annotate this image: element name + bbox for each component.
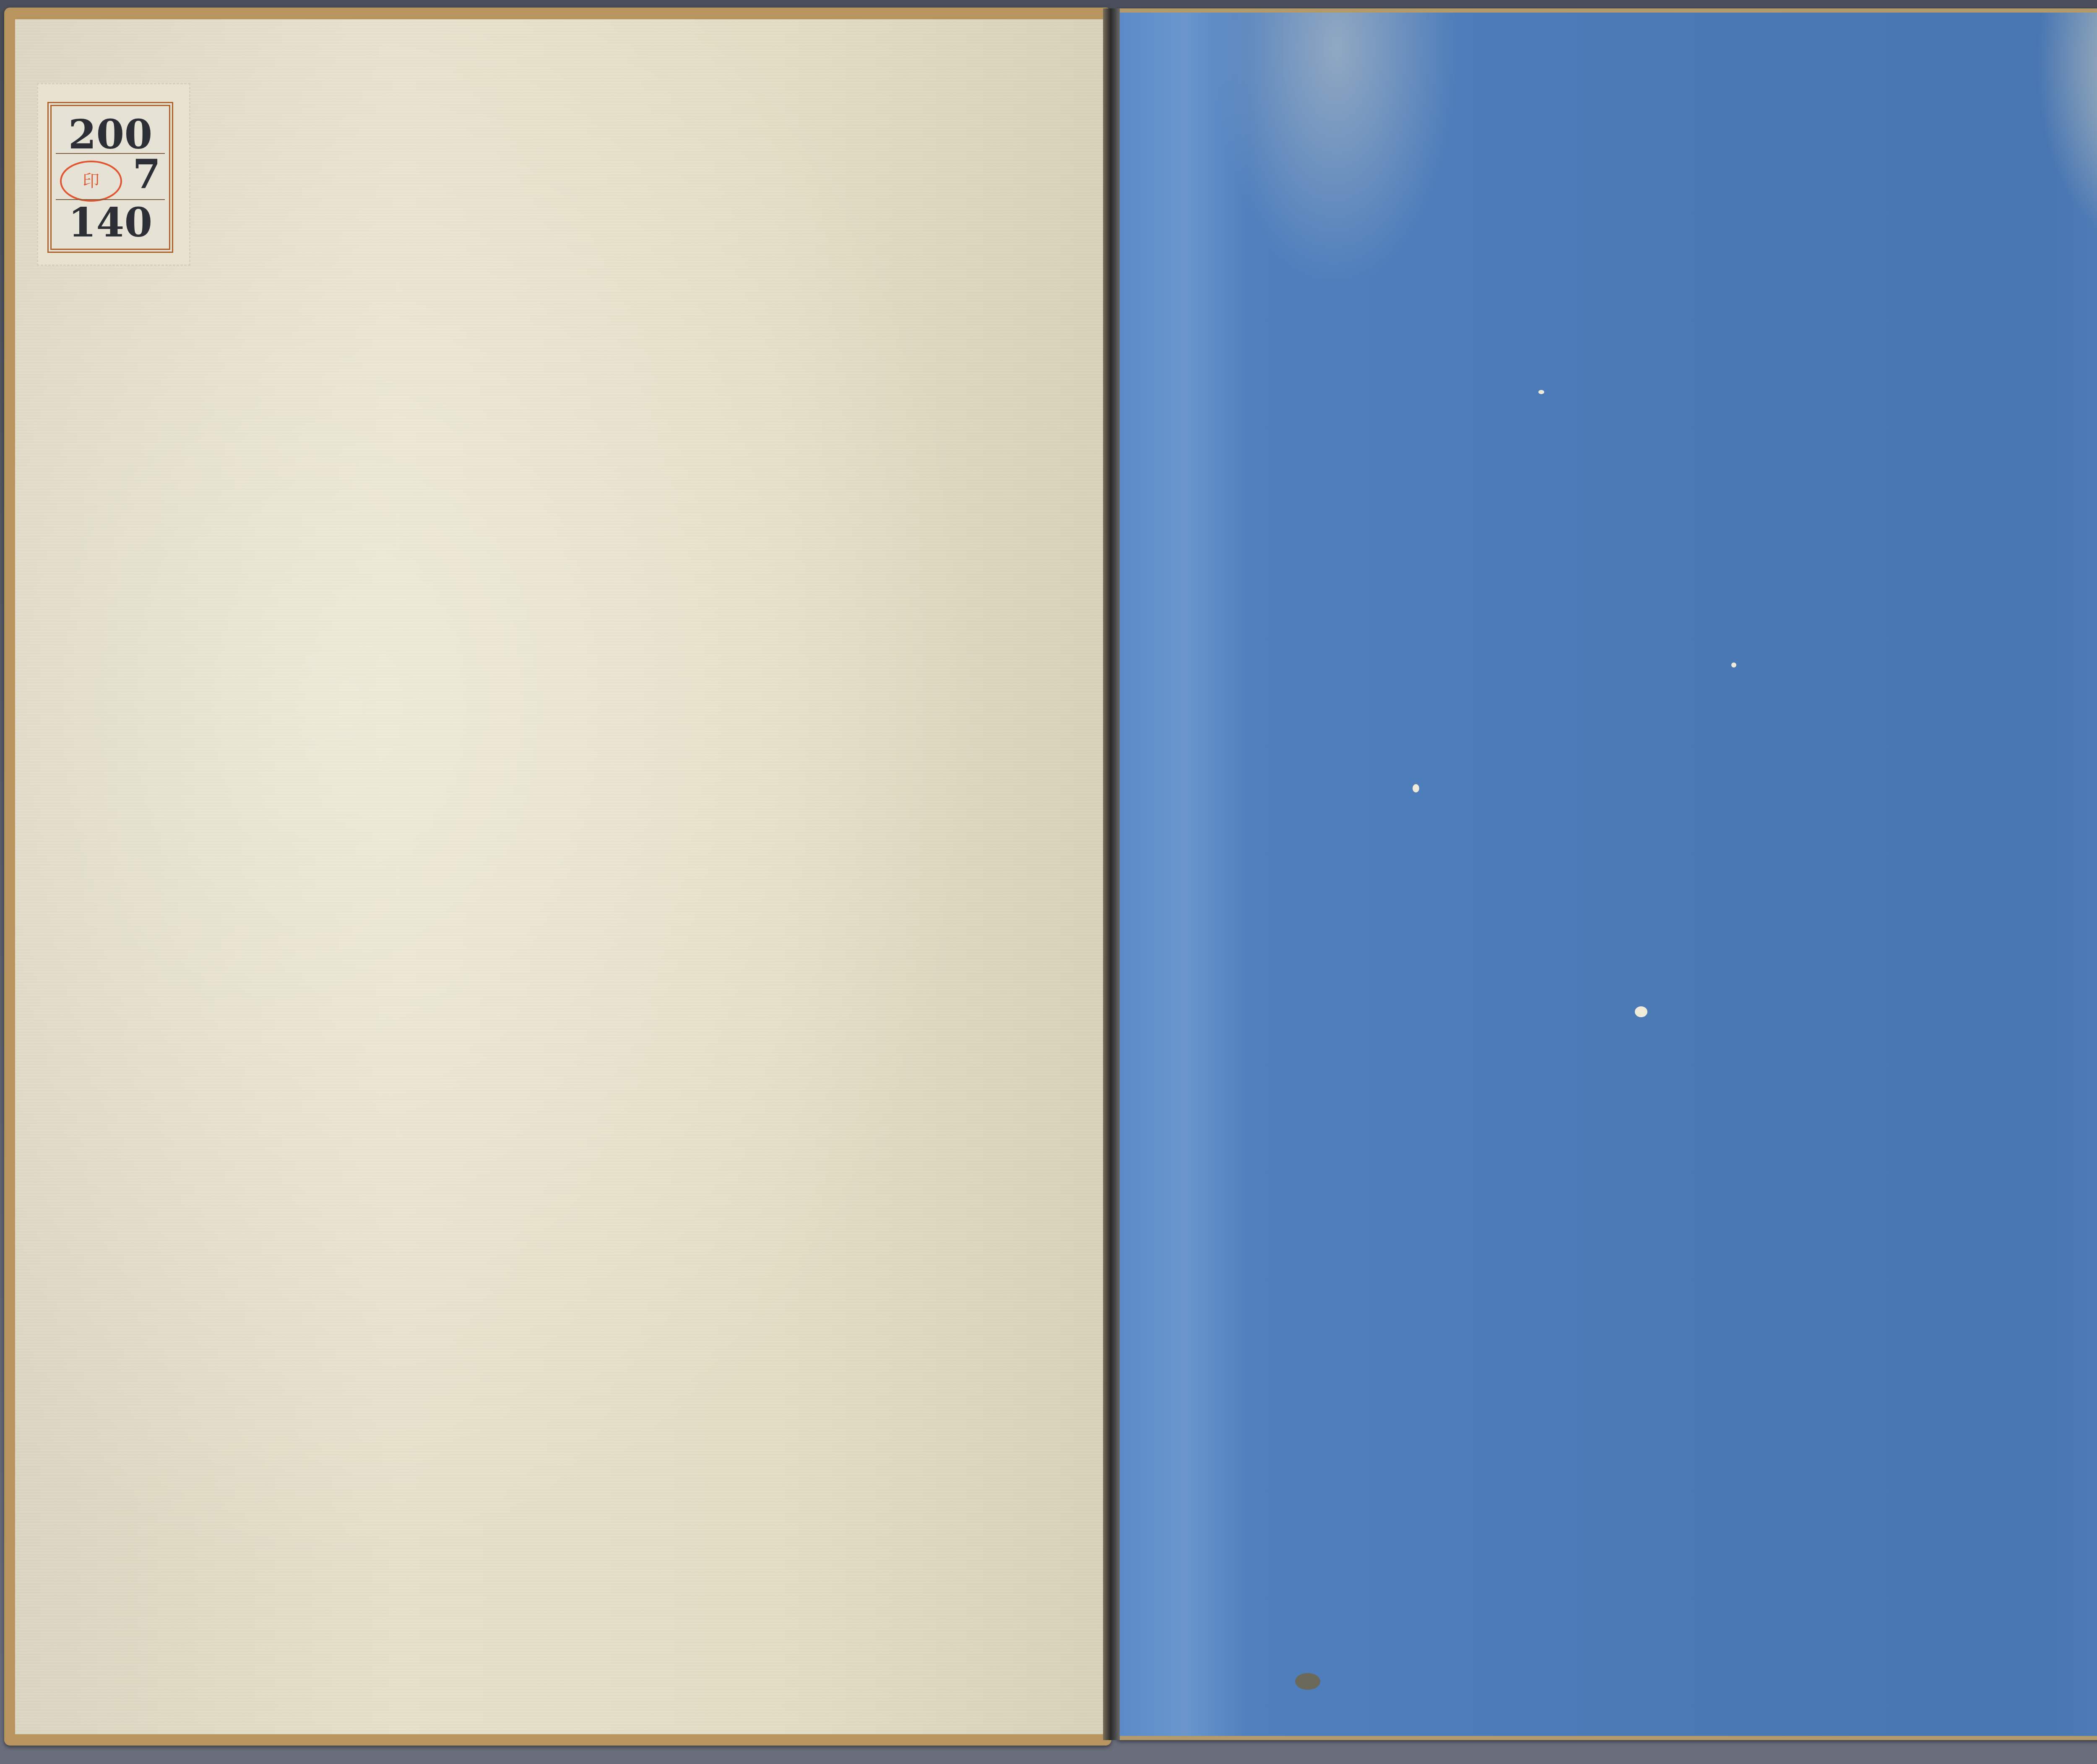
label-ornamental-frame: 200 印 7 140 — [47, 102, 173, 253]
paper-speck — [1635, 1006, 1647, 1017]
label-number-bottom: 140 — [52, 203, 169, 243]
label-number-top: 200 — [52, 114, 169, 155]
paper-speck — [1538, 390, 1544, 394]
left-endpaper — [15, 19, 1106, 1734]
book-gutter — [1103, 8, 1120, 1740]
paper-speck — [1731, 662, 1736, 668]
paper-stain — [1295, 1673, 1320, 1690]
catalog-label: 200 印 7 140 — [37, 83, 190, 266]
label-number-middle: 7 — [52, 154, 169, 195]
paper-speck — [1413, 784, 1419, 792]
right-blue-page — [1119, 13, 2097, 1736]
